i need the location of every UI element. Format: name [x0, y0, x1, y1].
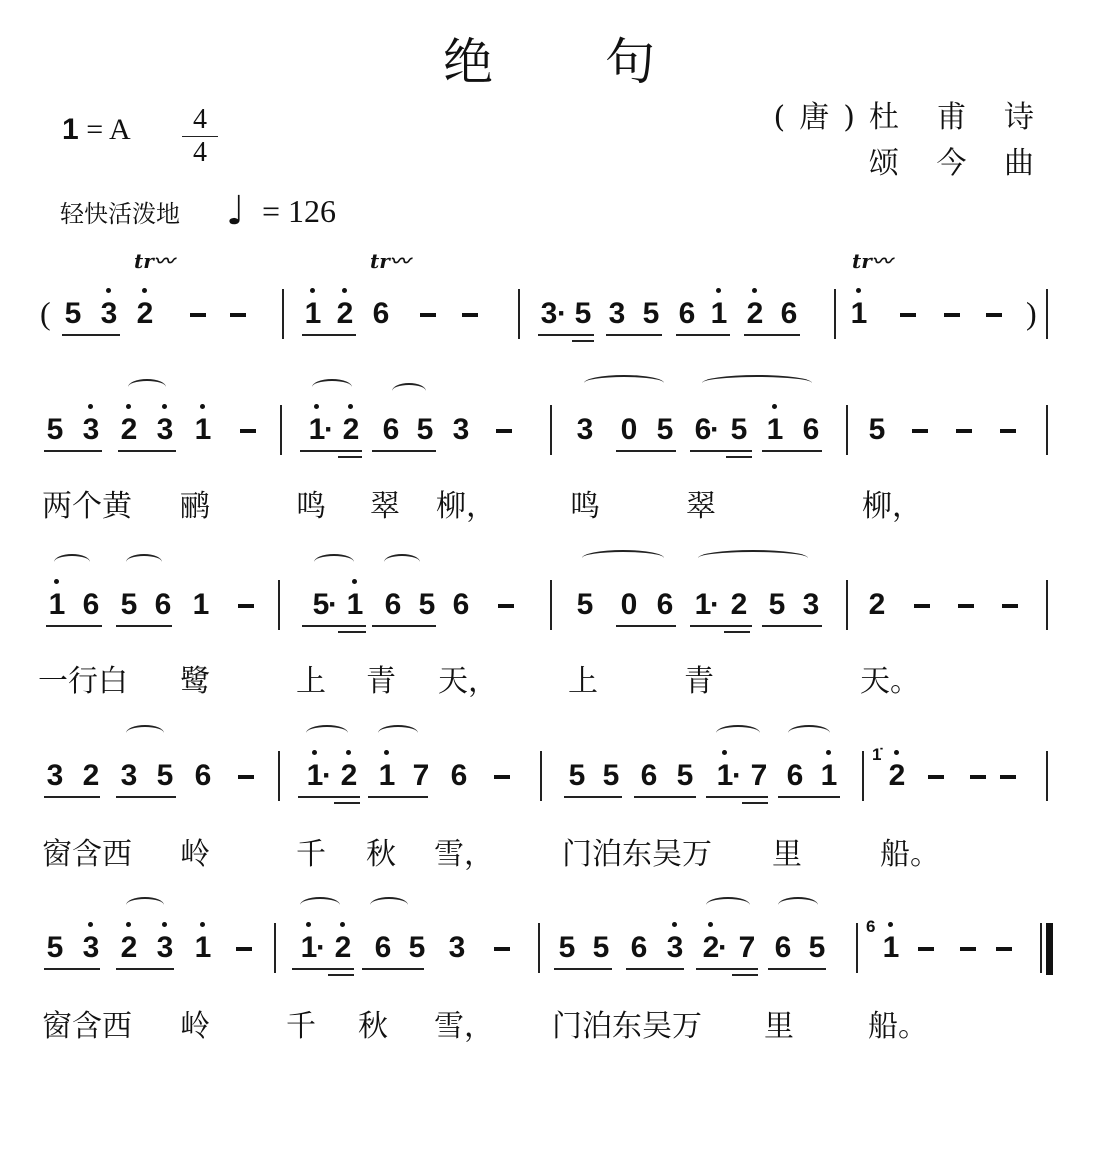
- note: 3: [800, 588, 822, 622]
- key-signature: 1 = A: [62, 113, 131, 147]
- note: 1: [764, 413, 786, 447]
- note: 3: [574, 413, 596, 447]
- note: 6: [382, 588, 404, 622]
- trill-mark: tr〰: [370, 245, 410, 274]
- tempo-bpm: = 126: [262, 193, 336, 230]
- note: 5: [866, 413, 888, 447]
- barline: [282, 289, 284, 339]
- note: 1: [302, 297, 324, 331]
- note: 5: [572, 297, 594, 331]
- note: 1: [848, 297, 870, 331]
- note: 6: [772, 931, 794, 965]
- note: 7: [410, 759, 432, 793]
- note: 7: [736, 931, 758, 965]
- note: 1: [46, 588, 68, 622]
- note: 5: [406, 931, 428, 965]
- note: 3: [446, 931, 468, 965]
- note: 3: [154, 413, 176, 447]
- note: 5: [556, 931, 578, 965]
- note: 3: [80, 931, 102, 965]
- note: 5: [654, 413, 676, 447]
- note: 5: [766, 588, 788, 622]
- note: 3: [98, 297, 120, 331]
- quarter-note-icon: ♩: [226, 188, 245, 234]
- note: 1: [818, 759, 840, 793]
- note: 6: [638, 759, 660, 793]
- note: 6: [370, 297, 392, 331]
- note: 5: [118, 588, 140, 622]
- note: 5: [574, 588, 596, 622]
- song-title: 绝句: [0, 22, 1100, 94]
- note: 5: [566, 759, 588, 793]
- note: 6: [380, 413, 402, 447]
- note: 2: [866, 588, 888, 622]
- note: 5: [62, 297, 84, 331]
- note: 0: [618, 588, 640, 622]
- note: 2: [134, 297, 156, 331]
- note: 3: [450, 413, 472, 447]
- note: 5: [806, 931, 828, 965]
- note: 6: [800, 413, 822, 447]
- note: 3: [664, 931, 686, 965]
- note: 3: [154, 931, 176, 965]
- title-char: 句: [605, 22, 657, 94]
- note: 0: [618, 413, 640, 447]
- note: 6: [784, 759, 806, 793]
- trill-mark: tr〰: [134, 245, 174, 274]
- note: 6: [152, 588, 174, 622]
- credits: (唐)杜 甫 诗 颂 今 曲: [774, 95, 1048, 187]
- note: 6: [372, 931, 394, 965]
- poet-credit: (唐)杜 甫 诗: [774, 95, 1048, 141]
- note: 5: [674, 759, 696, 793]
- note: 2: [340, 413, 362, 447]
- note: 6: [778, 297, 800, 331]
- trill-mark: tr〰: [852, 245, 892, 274]
- composer-credit: 颂 今 曲: [774, 141, 1048, 187]
- note: 3: [44, 759, 66, 793]
- note: 1: [190, 588, 212, 622]
- barline: [518, 289, 520, 339]
- note: 6: [450, 588, 472, 622]
- note: 2: [332, 931, 354, 965]
- note: 5: [590, 931, 612, 965]
- note: 3: [80, 413, 102, 447]
- note: 1: [376, 759, 398, 793]
- grace-note: 6: [866, 917, 875, 937]
- note: 6: [448, 759, 470, 793]
- note: 2: [118, 931, 140, 965]
- note: 5: [154, 759, 176, 793]
- note: 6: [676, 297, 698, 331]
- note: 6: [654, 588, 676, 622]
- grace-note: 1̇: [872, 745, 881, 765]
- note: 7: [748, 759, 770, 793]
- note: 3: [606, 297, 628, 331]
- note: 1: [192, 413, 214, 447]
- note: 6: [80, 588, 102, 622]
- note: 2: [80, 759, 102, 793]
- note: 5: [728, 413, 750, 447]
- note: 2: [728, 588, 750, 622]
- open-paren: (: [40, 295, 51, 332]
- note: 5: [640, 297, 662, 331]
- note: 1: [192, 931, 214, 965]
- time-signature: 44: [182, 106, 218, 167]
- note: 5: [600, 759, 622, 793]
- tempo-marking: 轻快活泼地: [60, 194, 180, 229]
- note: 6: [192, 759, 214, 793]
- note: 2: [886, 759, 908, 793]
- note: 3: [118, 759, 140, 793]
- note: 1: [880, 931, 902, 965]
- note: 2: [744, 297, 766, 331]
- final-barline: [1046, 923, 1053, 975]
- note: 2: [334, 297, 356, 331]
- note: 1: [708, 297, 730, 331]
- barline: [834, 289, 836, 339]
- close-paren: ): [1026, 295, 1037, 332]
- barline: [1046, 289, 1048, 339]
- note: 5: [416, 588, 438, 622]
- note: 5: [44, 931, 66, 965]
- note: 1: [344, 588, 366, 622]
- note: 6: [628, 931, 650, 965]
- note: 2: [338, 759, 360, 793]
- title-char: 绝: [443, 22, 495, 94]
- note: 5: [414, 413, 436, 447]
- note: 2: [118, 413, 140, 447]
- note: 5: [44, 413, 66, 447]
